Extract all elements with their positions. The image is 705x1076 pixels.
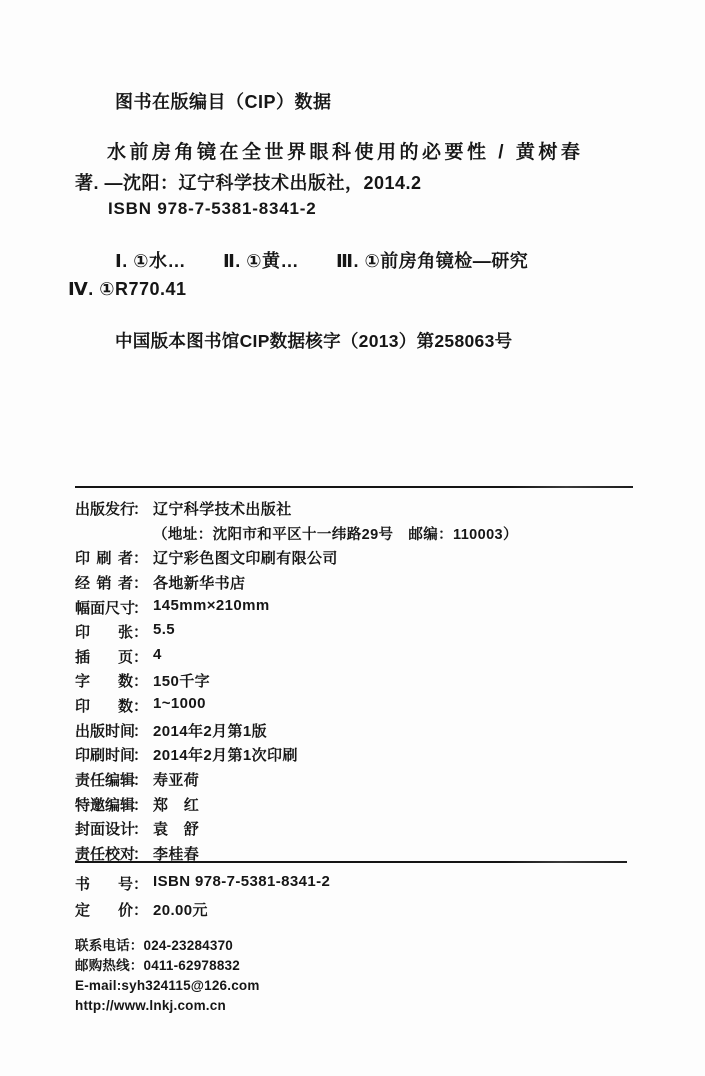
row-label: 幅面尺寸 [75,597,133,618]
row-colon: ： [133,769,149,790]
contact-phone: 联系电话：024-23284370 [75,936,260,956]
colophon-row-book-number: 书号 ： ISBN 978-7-5381-8341-2 [75,873,655,899]
row-colon: ： [133,818,149,839]
cip-record-number: 中国版本图书馆CIP数据核字（2013）第258063号 [115,328,512,353]
row-label: 印数 [75,695,133,716]
cip-record-line-2: 著. —沈阳：辽宁科学技术出版社，2014.2 [75,169,422,195]
row-colon: ： [133,794,149,815]
row-label: 印刷时间 [75,744,133,765]
row-label: 责任编辑 [75,769,133,790]
book-copyright-page: 图书在版编目（CIP）数据 水前房角镜在全世界眼科使用的必要性 / 黄树春 著.… [0,0,705,1076]
row-value: 5.5 [153,621,175,638]
row-label: 定价 [75,899,133,920]
row-label: 印刷者 [75,547,133,568]
colophon-block: 出版发行 ： 辽宁科学技术出版社 （地址：沈阳市和平区十一纬路29号 邮编：11… [75,498,655,868]
row-value: 郑 红 [153,794,199,815]
row-value: 150千字 [153,670,210,691]
contact-website: http://www.lnkj.com.cn [75,996,260,1016]
row-colon: ： [133,621,149,642]
divider-top [75,486,633,488]
row-label: 经销者 [75,572,133,593]
row-value: 袁 舒 [153,818,199,839]
row-label: 特邀编辑 [75,794,133,815]
colophon-row-guest-editor: 特邀编辑 ： 郑 红 [75,794,655,819]
colophon-row-executive-editor: 责任编辑 ： 寿亚荷 [75,769,655,794]
row-colon: ： [133,646,149,667]
cip-isbn-line: ISBN 978-7-5381-8341-2 [108,199,317,219]
cip-classification-line-1: Ⅰ. ①水… Ⅱ. ①黄… Ⅲ. ①前房角镜检—研究 [115,247,528,273]
colophon-row-publication-date: 出版时间 ： 2014年2月第1版 [75,720,655,745]
row-colon: ： [133,899,149,920]
row-value: 辽宁科学技术出版社 [153,498,292,519]
row-value: 1~1000 [153,695,206,712]
row-value: 各地新华书店 [153,572,245,593]
row-colon: ： [133,744,149,765]
colophon-row-address: （地址：沈阳市和平区十一纬路29号 邮编：110003） [75,523,655,548]
row-label: 出版发行 [75,498,133,519]
row-value: 2014年2月第1次印刷 [153,744,298,765]
row-value: 145mm×210mm [153,597,270,614]
colophon-row-printer: 印刷者 ： 辽宁彩色图文印刷有限公司 [75,547,655,572]
colophon-row-printing-date: 印刷时间 ： 2014年2月第1次印刷 [75,744,655,769]
row-colon: ： [133,873,149,894]
contact-hotline: 邮购热线：0411-62978832 [75,956,260,976]
row-label: 插页 [75,646,133,667]
row-value: 2014年2月第1版 [153,720,267,741]
row-colon: ： [133,597,149,618]
row-value: 辽宁彩色图文印刷有限公司 [153,547,338,568]
row-colon: ： [133,572,149,593]
row-label: 字数 [75,670,133,691]
row-value: ISBN 978-7-5381-8341-2 [153,873,330,890]
row-colon: ： [133,670,149,691]
divider-bottom [75,861,627,863]
row-label: 封面设计 [75,818,133,839]
row-colon: ： [133,695,149,716]
row-value: （地址：沈阳市和平区十一纬路29号 邮编：110003） [153,523,518,544]
contact-email: E-mail:syh324115@126.com [75,976,260,996]
colophon-row-printed-sheets: 印张 ： 5.5 [75,621,655,646]
row-label: 出版时间 [75,720,133,741]
row-label: 书号 [75,873,133,894]
cip-heading: 图书在版编目（CIP）数据 [115,88,332,114]
row-colon: ： [133,547,149,568]
row-value: 寿亚荷 [153,769,199,790]
colophon-row-distributor: 经销者 ： 各地新华书店 [75,572,655,597]
row-value: 20.00元 [153,899,208,920]
isbn-price-block: 书号 ： ISBN 978-7-5381-8341-2 定价 ： 20.00元 [75,873,655,925]
cip-record-line-1: 水前房角镜在全世界眼科使用的必要性 / 黄树春 [107,137,583,164]
row-value: 4 [153,646,162,663]
colophon-row-price: 定价 ： 20.00元 [75,899,655,925]
row-colon: ： [133,498,149,519]
cip-classification-line-2: Ⅳ. ①R770.41 [68,279,187,300]
colophon-row-cover-designer: 封面设计 ： 袁 舒 [75,818,655,843]
colophon-row-format-size: 幅面尺寸 ： 145mm×210mm [75,597,655,622]
colophon-row-insert-pages: 插页 ： 4 [75,646,655,671]
colophon-row-word-count: 字数 ： 150千字 [75,670,655,695]
contact-block: 联系电话：024-23284370 邮购热线：0411-62978832 E-m… [75,936,260,1016]
row-colon: ： [133,720,149,741]
colophon-row-proofreader: 责任校对 ： 李桂春 [75,843,655,868]
row-label: 印张 [75,621,133,642]
colophon-row-publisher: 出版发行 ： 辽宁科学技术出版社 [75,498,655,523]
colophon-row-print-run: 印数 ： 1~1000 [75,695,655,720]
